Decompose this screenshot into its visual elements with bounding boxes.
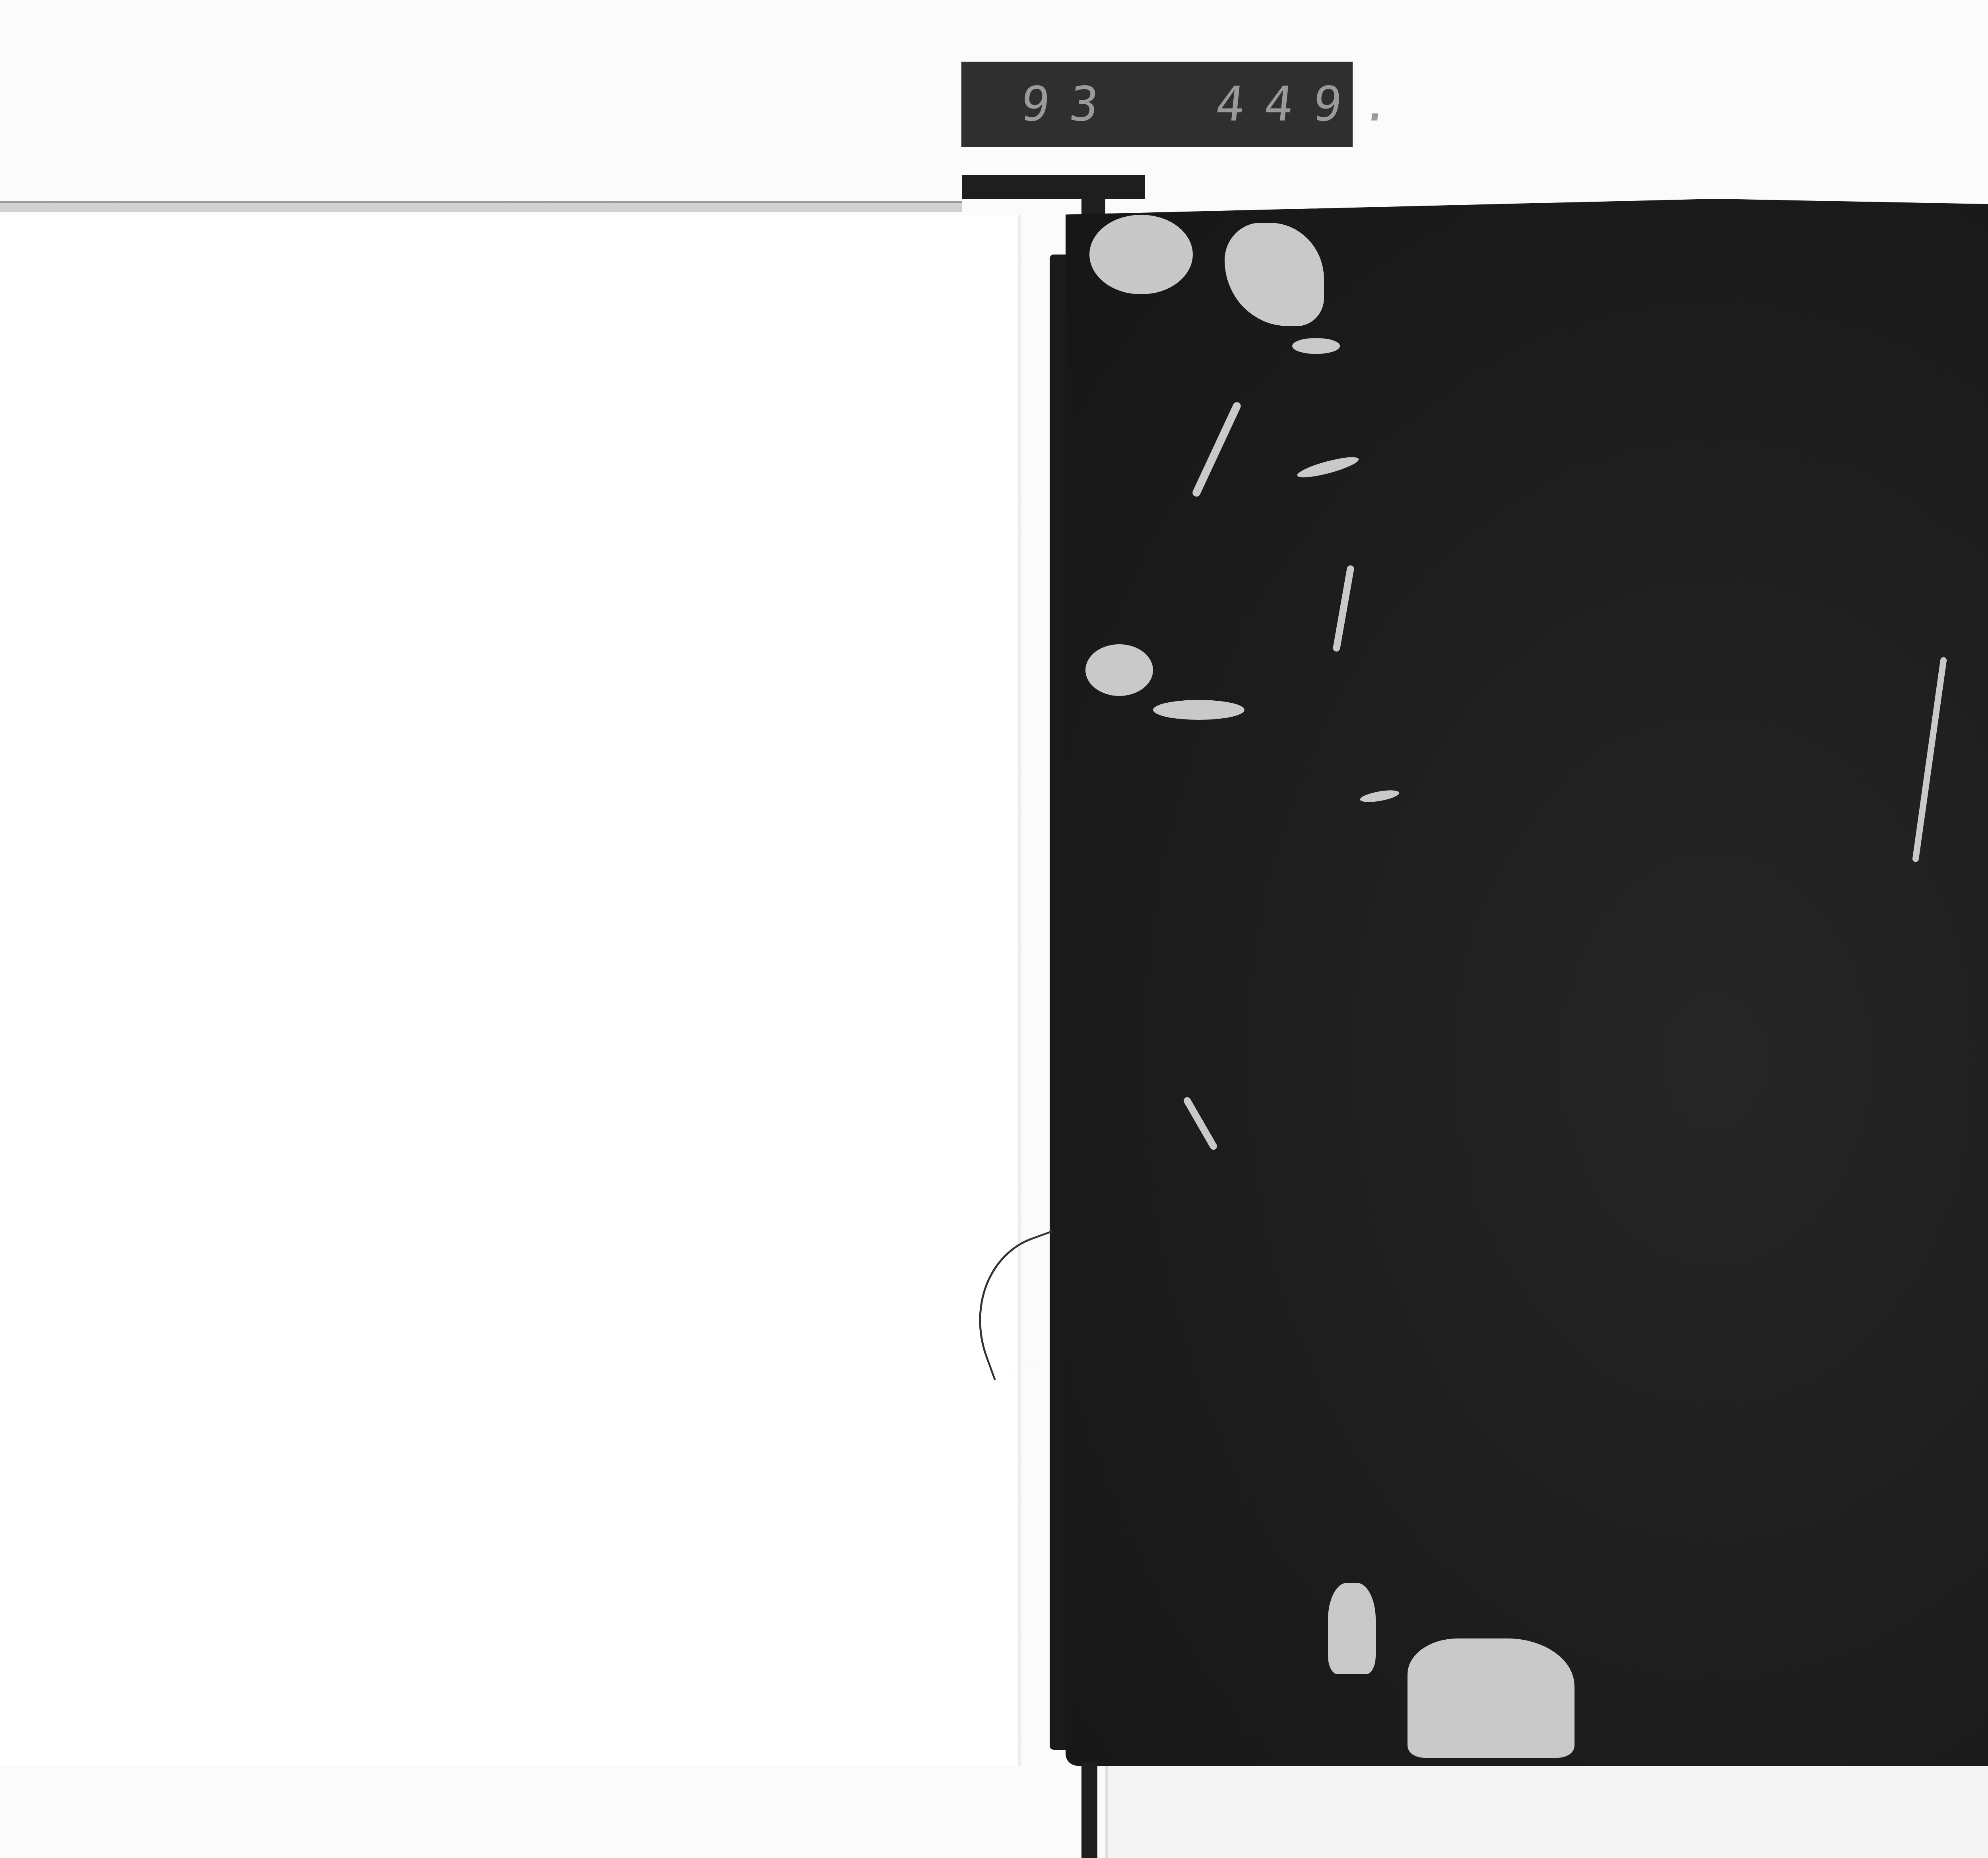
- counter-reel-number: 93: [1018, 77, 1121, 132]
- wear-mark: [1328, 1583, 1376, 1674]
- wear-mark: [1408, 1638, 1574, 1758]
- wear-mark: [1089, 215, 1193, 294]
- scan-line: [0, 201, 962, 212]
- page-edge: [1018, 215, 1023, 1766]
- counter-frame-number: 449.: [1213, 77, 1413, 132]
- film-bracket-bottom: [1081, 1762, 1097, 1858]
- frame-counter-label: 93 449.: [961, 62, 1353, 147]
- wear-mark: [1292, 338, 1340, 354]
- book-cover: [1066, 199, 1988, 1766]
- wear-mark: [1153, 700, 1244, 720]
- wear-mark: [1085, 644, 1153, 696]
- film-bracket: [962, 175, 1145, 199]
- blank-left-page: [0, 215, 1022, 1766]
- underlying-page: [1105, 1766, 1988, 1858]
